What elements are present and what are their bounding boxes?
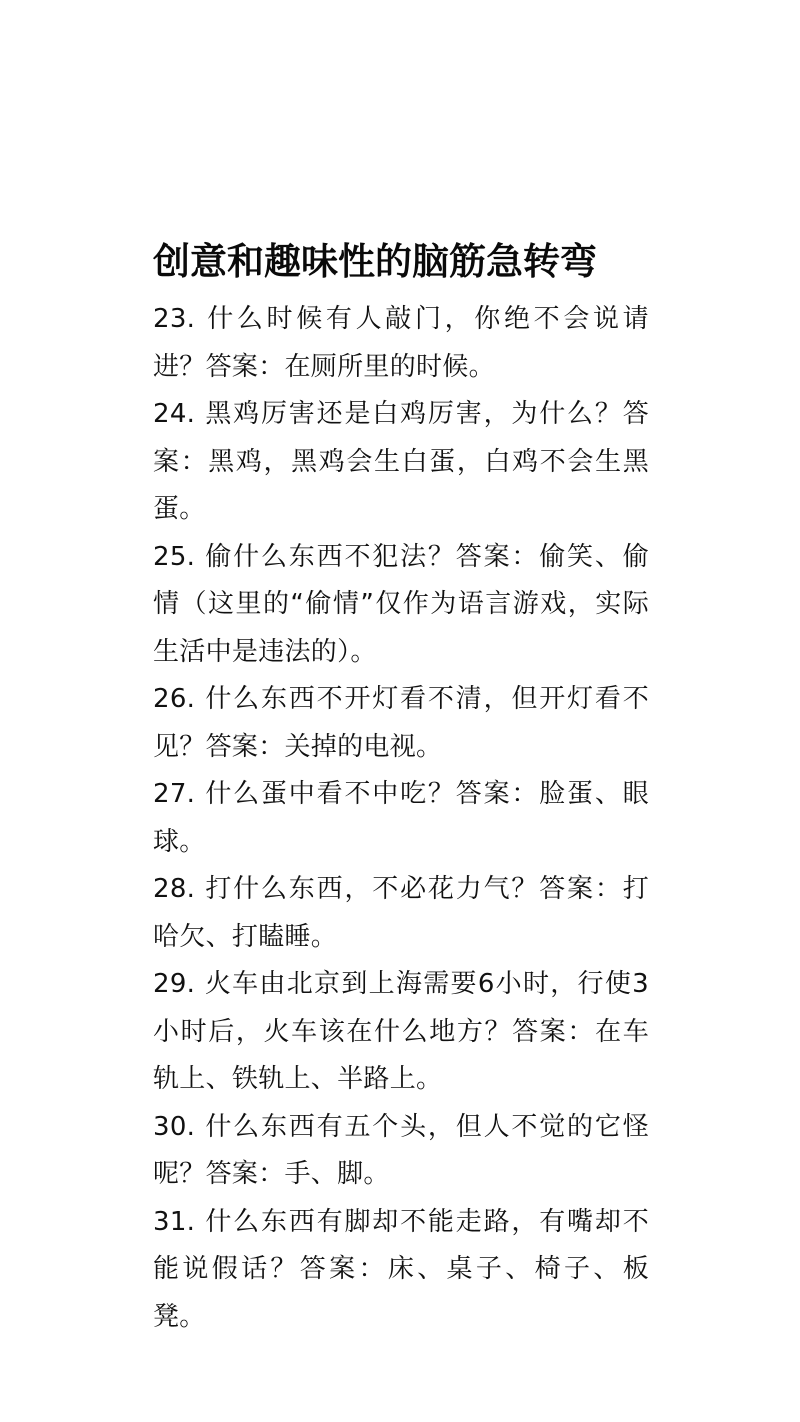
riddle-item: 25. 偷什么东西不犯法？答案：偷笑、偷情（这里的“偷情”仅作为语言游戏，实际生…	[153, 534, 649, 677]
page-title: 创意和趣味性的脑筋急转弯	[153, 236, 649, 288]
riddle-item: 23. 什么时候有人敲门，你绝不会说请进？答案：在厕所里的时候。	[153, 296, 649, 391]
riddle-item: 30. 什么东西有五个头，但人不觉的它怪呢？答案：手、脚。	[153, 1104, 649, 1199]
riddle-item: 31. 什么东西有脚却不能走路，有嘴却不能说假话？答案：床、桌子、椅子、板凳。	[153, 1199, 649, 1342]
riddle-item: 29. 火车由北京到上海需要6小时，行使3小时后，火车该在什么地方？答案：在车轨…	[153, 961, 649, 1104]
page: 创意和趣味性的脑筋急转弯 23. 什么时候有人敲门，你绝不会说请进？答案：在厕所…	[0, 0, 800, 1422]
article-content: 创意和趣味性的脑筋急转弯 23. 什么时候有人敲门，你绝不会说请进？答案：在厕所…	[153, 236, 649, 1341]
riddle-item: 26. 什么东西不开灯看不清，但开灯看不见？答案：关掉的电视。	[153, 676, 649, 771]
riddle-item: 27. 什么蛋中看不中吃？答案：脸蛋、眼球。	[153, 771, 649, 866]
riddle-item: 24. 黑鸡厉害还是白鸡厉害，为什么？答案：黑鸡，黑鸡会生白蛋，白鸡不会生黑蛋。	[153, 391, 649, 534]
riddle-item: 28. 打什么东西，不必花力气？答案：打哈欠、打瞌睡。	[153, 866, 649, 961]
